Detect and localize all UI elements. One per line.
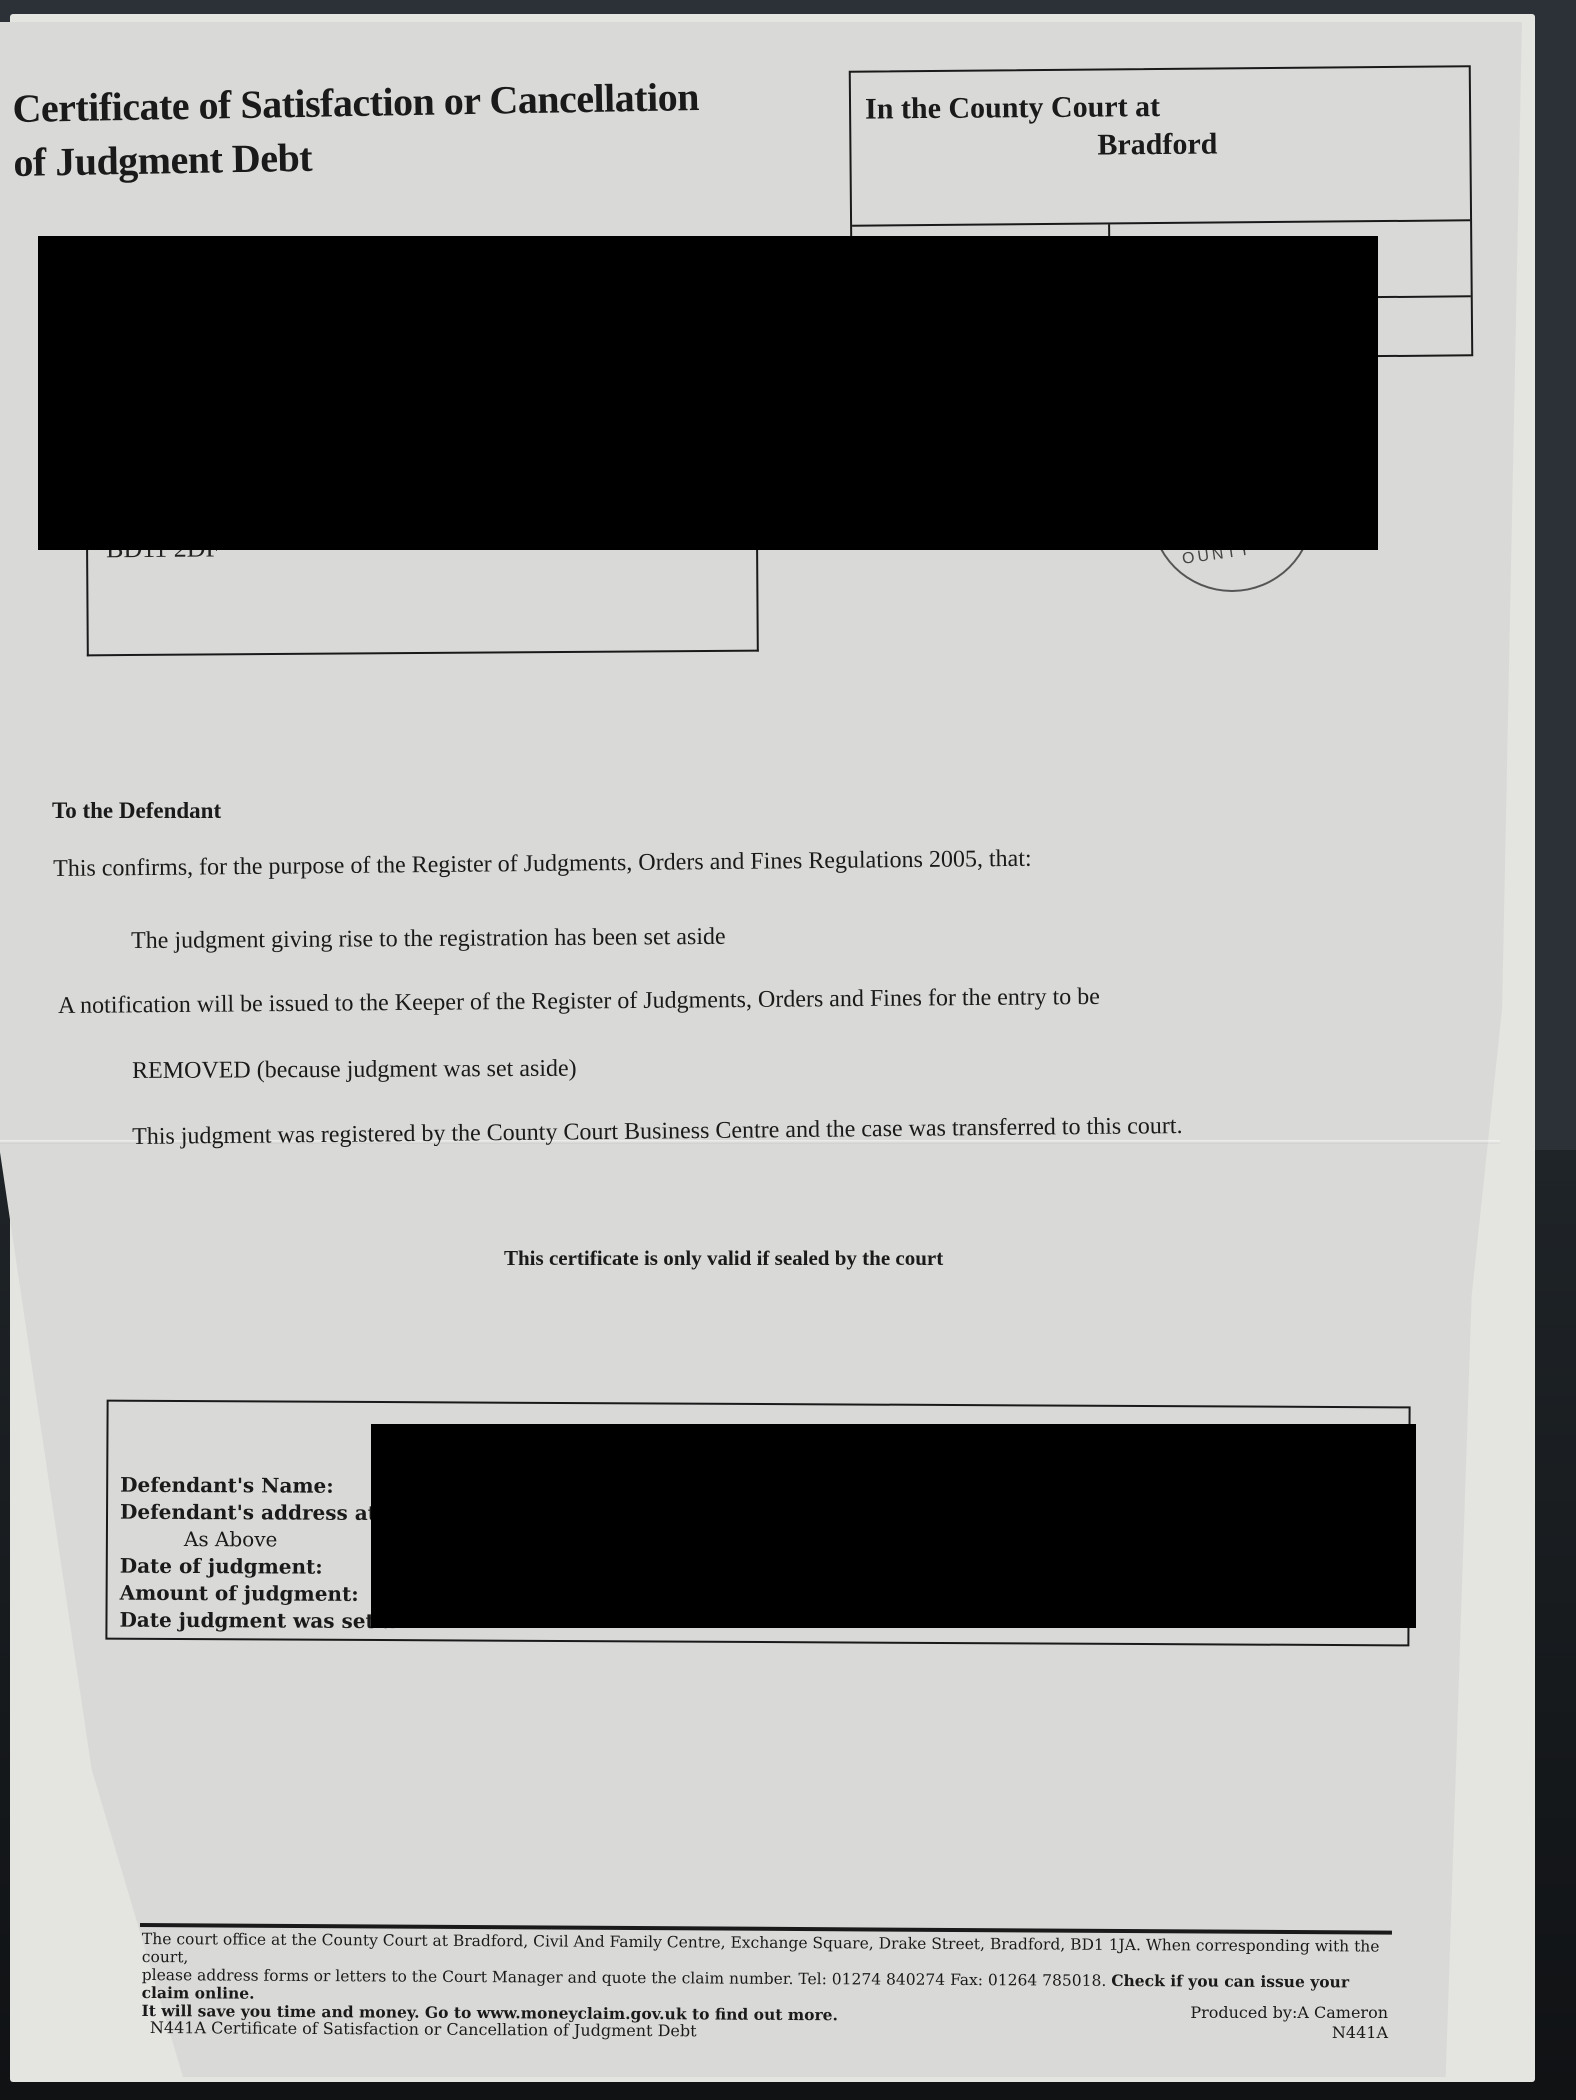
defendant-address-label: Defendant's address at ti [120, 1499, 401, 1527]
validity-note: This certificate is only valid if sealed… [504, 1246, 943, 1271]
form-code: N441A [1190, 2023, 1388, 2043]
produced-by: Produced by:A Cameron [1190, 2003, 1388, 2023]
court-name: Bradford [1097, 128, 1217, 163]
redaction-block-top [38, 236, 1378, 550]
confirmation-detail: The judgment giving rise to the registra… [131, 924, 726, 955]
salutation: To the Defendant [52, 798, 221, 824]
defendant-address-value: As Above [120, 1526, 401, 1554]
amount-of-judgment-label: Amount of judgment: [120, 1580, 401, 1608]
judgment-details-list: Defendant's Name: Defendant's address at… [119, 1472, 401, 1635]
date-of-judgment-label: Date of judgment: [120, 1553, 401, 1581]
document-title: Certificate of Satisfaction or Cancellat… [12, 70, 700, 190]
date-set-aside-label: Date judgment was set a [119, 1607, 400, 1635]
produced-by-block: Produced by:A Cameron N441A [1190, 2003, 1388, 2043]
redaction-block-details [371, 1424, 1416, 1628]
notification-detail: REMOVED (because judgment was set aside) [132, 1056, 577, 1085]
court-label: In the County Court at [865, 90, 1160, 127]
form-title-footer: N441A Certificate of Satisfaction or Can… [150, 2018, 697, 2040]
defendant-name-label: Defendant's Name: [120, 1472, 401, 1500]
court-name-cell: In the County Court at Bradford [851, 67, 1470, 226]
